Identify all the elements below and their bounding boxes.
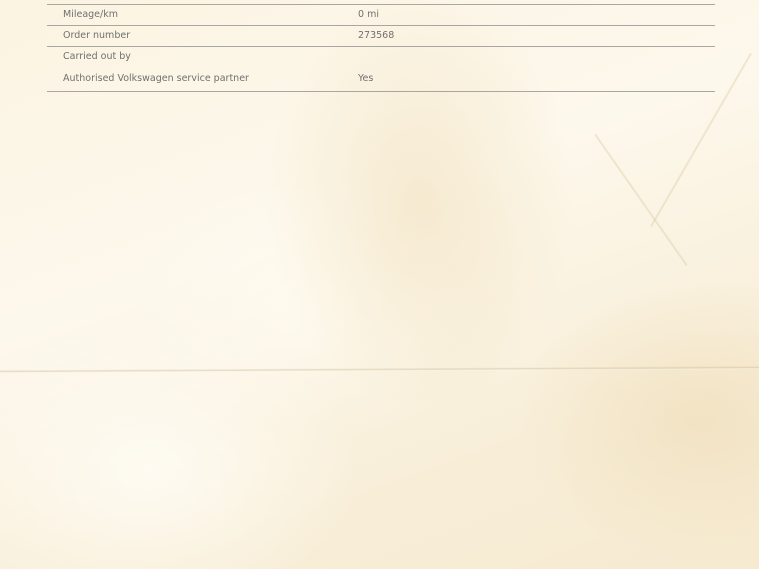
table-row-mileage: Mileage/km 0 mi <box>47 5 715 25</box>
table-row-carried-out-by: Carried out by <box>47 47 715 69</box>
mileage-value: 0 mi <box>358 9 379 20</box>
service-record-table: Mileage/km 0 mi Order number 273568 Carr… <box>47 0 715 92</box>
service-partner-value: Yes <box>358 73 373 84</box>
table-row-service-partner: Authorised Volkswagen service partner Ye… <box>47 69 715 91</box>
mileage-label: Mileage/km <box>63 9 118 20</box>
service-partner-label: Authorised Volkswagen service partner <box>63 73 249 84</box>
order-number-label: Order number <box>63 30 130 41</box>
carried-out-by-heading: Carried out by <box>63 51 131 62</box>
table-rule <box>47 91 715 92</box>
table-row-order-number: Order number 273568 <box>47 26 715 46</box>
order-number-value: 273568 <box>358 30 394 41</box>
